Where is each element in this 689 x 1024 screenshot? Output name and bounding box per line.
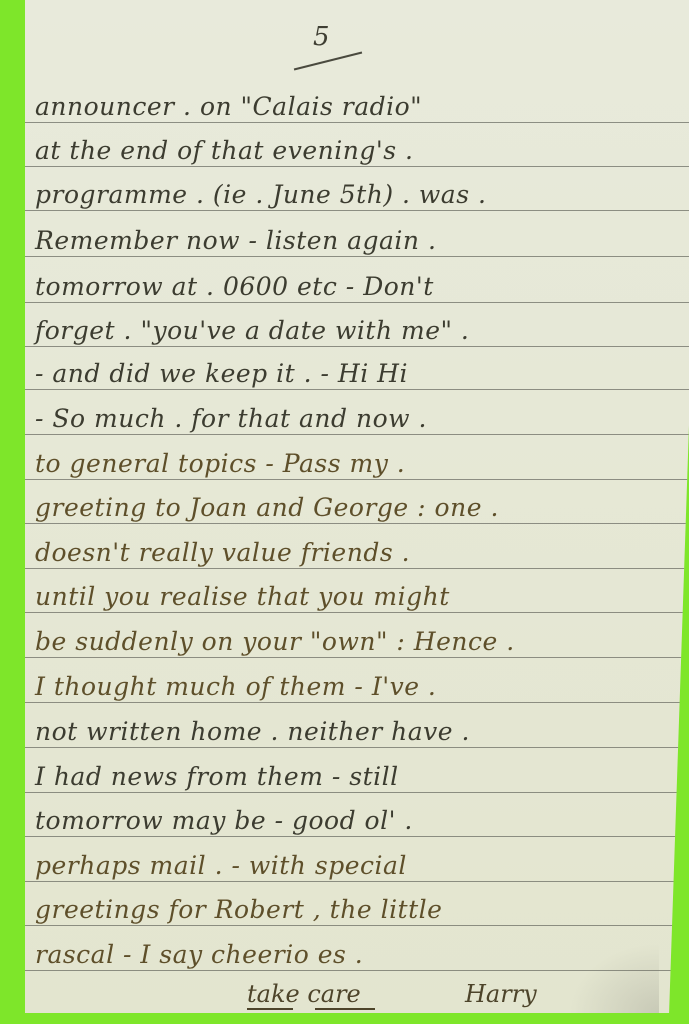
signature: Harry — [465, 980, 537, 1008]
ruled-line — [25, 122, 689, 123]
ruled-line — [25, 836, 689, 837]
ruled-line — [25, 523, 689, 524]
letter-line: perhaps mail . - with special — [35, 851, 669, 880]
ruled-line — [25, 657, 689, 658]
ruled-line — [25, 925, 689, 926]
letter-line: at the end of that evening's . — [35, 136, 669, 165]
letter-line: tomorrow may be - good ol' . — [35, 806, 669, 835]
letter-line: I thought much of them - I've . — [35, 672, 669, 701]
letter-page: 5 announcer . on "Calais radio" at the e… — [25, 0, 689, 1013]
letter-line: until you realise that you might — [35, 582, 669, 611]
closing-underline — [247, 1008, 293, 1010]
letter-line: not written home . neither have . — [35, 717, 669, 746]
ruled-line — [25, 568, 689, 569]
ruled-line — [25, 256, 689, 257]
ruled-line — [25, 389, 689, 390]
ruled-line — [25, 970, 689, 971]
letter-line: programme . (ie . June 5th) . was . — [35, 180, 669, 209]
closing-underline — [315, 1008, 375, 1010]
letter-line: forget . "you've a date with me" . — [35, 316, 669, 345]
ruled-line — [25, 479, 689, 480]
ruled-line — [25, 792, 689, 793]
ruled-line — [25, 302, 689, 303]
letter-line: greeting to Joan and George : one . — [35, 493, 669, 522]
ruled-line — [25, 747, 689, 748]
letter-line: greetings for Robert , the little — [35, 895, 669, 924]
letter-line: doesn't really value friends . — [35, 538, 669, 567]
letter-line: be suddenly on your "own" : Hence . — [35, 627, 669, 656]
letter-line: rascal - I say cheerio es . — [35, 940, 669, 969]
ruled-line — [25, 166, 689, 167]
ruled-line — [25, 702, 689, 703]
letter-line: I had news from them - still — [35, 762, 669, 791]
page-number-underline — [294, 52, 362, 71]
letter-line: tomorrow at . 0600 etc - Don't — [35, 272, 669, 301]
letter-line: Remember now - listen again . — [35, 226, 669, 255]
page-number: 5 — [313, 22, 330, 52]
ruled-line — [25, 612, 689, 613]
closing: take care — [247, 980, 361, 1008]
letter-line: - and did we keep it . - Hi Hi — [35, 359, 669, 388]
ruled-line — [25, 881, 689, 882]
letter-line: to general topics - Pass my . — [35, 449, 669, 478]
ruled-line — [25, 346, 689, 347]
ruled-line — [25, 434, 689, 435]
letter-line: announcer . on "Calais radio" — [35, 92, 669, 121]
letter-line: - So much . for that and now . — [35, 404, 669, 433]
ruled-line — [25, 210, 689, 211]
